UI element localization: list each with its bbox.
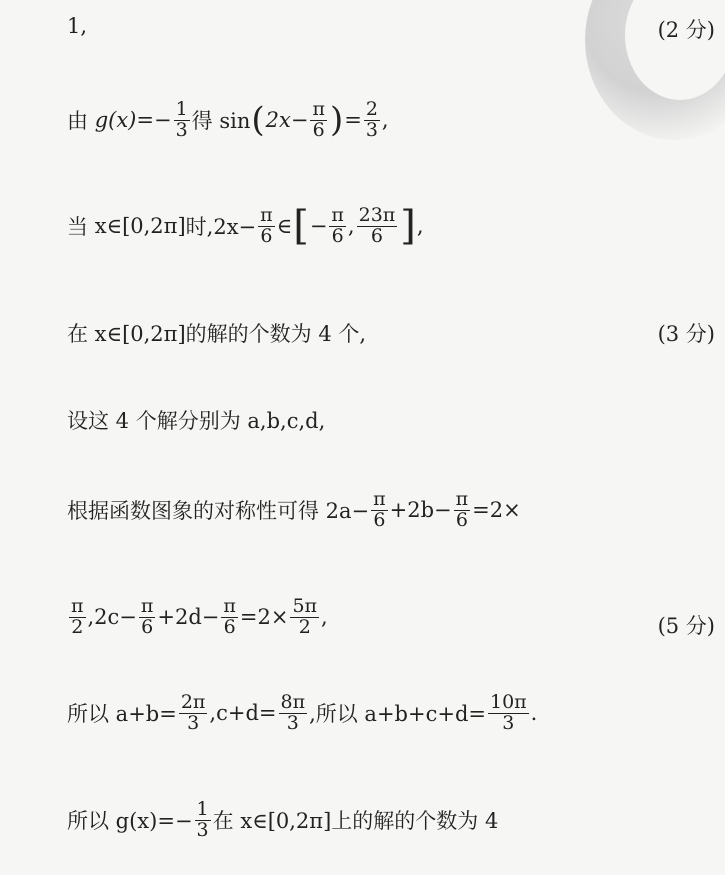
num: π [454,490,471,511]
paren-close: ) [330,103,343,137]
den: 3 [364,121,380,141]
score-2: (2 分) [658,14,715,44]
text: 在 x∈[0,2π]上的解的个数为 4 [213,805,499,835]
den: 3 [500,714,516,734]
num: π [258,206,275,227]
text: 由 [67,105,88,135]
fraction: π6 [329,206,346,247]
num: π [310,100,327,121]
fraction: π6 [221,597,238,638]
text: . [531,701,538,725]
line-symmetry: 根据函数图象的对称性可得 2a− π6 +2b− π6 =2× [67,490,521,531]
fraction: 10π3 [488,693,529,734]
math: ∈ [277,214,293,238]
num: π [329,206,346,227]
den: 6 [330,227,346,247]
text: , [417,214,424,238]
math: x∈[0,2π] [95,214,186,238]
math: ,2c− [88,605,137,629]
num: 1 [195,800,211,821]
den: 6 [369,227,385,247]
den: 2 [297,618,313,638]
math-g: g(x) [95,108,137,132]
den: 6 [139,618,155,638]
math-eq: = [344,108,362,132]
den: 6 [454,511,470,531]
den: 2 [69,618,85,638]
bracket-close: ] [400,206,416,246]
fraction: π6 [139,597,156,638]
fraction: π2 [69,597,86,638]
bracket-open: [ [293,206,309,246]
paren-open: ( [251,103,264,137]
num: 10π [488,693,529,714]
math: , [348,214,355,238]
text: 所以 a+b= [67,698,177,728]
math: − [310,214,328,238]
line-g-equation: 由 g(x) =− 13 得 sin ( 2x− π6 ) = 23 , [67,100,389,141]
num: π [69,597,86,618]
num: 2 [364,100,380,121]
den: 6 [371,511,387,531]
line-text: 1, [67,14,87,38]
den: 3 [285,714,301,734]
den: 3 [195,821,211,841]
fraction: 13 [174,100,190,141]
line-define-solutions: 设这 4 个解分别为 a,b,c,d, [67,405,325,435]
den: 3 [174,121,190,141]
fraction: π6 [371,490,388,531]
math: 2x− [266,108,309,132]
text: , [321,605,328,629]
score-3: (3 分) [658,318,715,348]
num: 8π [279,693,308,714]
fraction: π6 [454,490,471,531]
text: 得 sin [192,105,251,135]
text: 时,2x− [186,211,256,241]
text: 在 x∈[0,2π]的解的个数为 4 个, [67,318,366,348]
line-solution-count: 在 x∈[0,2π]的解的个数为 4 个, [67,318,366,348]
den: 3 [185,714,201,734]
fraction: π6 [258,206,275,247]
line-conclusion: 所以 g(x)=− 13 在 x∈[0,2π]上的解的个数为 4 [67,800,498,841]
text: 所以 g(x)=− [67,805,193,835]
fraction: 8π3 [279,693,308,734]
math: +2b− [390,498,452,522]
line-1: 1, [67,14,87,38]
num: π [371,490,388,511]
text: 根据函数图象的对称性可得 2a− [67,495,369,525]
num: 23π [357,206,398,227]
math: +2d− [157,605,219,629]
text: 当 [67,211,88,241]
num: 5π [290,597,319,618]
fraction: 23 [364,100,380,141]
math: =2× [472,498,521,522]
math-eq: =− [136,108,171,132]
text: , [382,108,389,132]
text: 设这 4 个解分别为 a,b,c,d, [67,405,325,435]
line-interval: 当 x∈[0,2π] 时,2x− π6 ∈ [ − π6 , 23π6 ] , [67,206,424,247]
fraction: 5π2 [290,597,319,638]
score-5: (5 分) [658,610,715,640]
num: 2π [179,693,208,714]
math: =2× [240,605,289,629]
line-symmetry-cont: π2 ,2c− π6 +2d− π6 =2× 5π2 , [67,597,328,638]
den: 6 [222,618,238,638]
math: ,c+d= [209,701,276,725]
num: 1 [174,100,190,121]
fraction: 2π3 [179,693,208,734]
num: π [139,597,156,618]
den: 6 [258,227,274,247]
fraction: 13 [195,800,211,841]
fraction: π6 [310,100,327,141]
den: 6 [311,121,327,141]
num: π [221,597,238,618]
text: ,所以 a+b+c+d= [309,698,486,728]
line-sum: 所以 a+b= 2π3 ,c+d= 8π3 ,所以 a+b+c+d= 10π3 … [67,693,537,734]
fraction: 23π6 [357,206,398,247]
